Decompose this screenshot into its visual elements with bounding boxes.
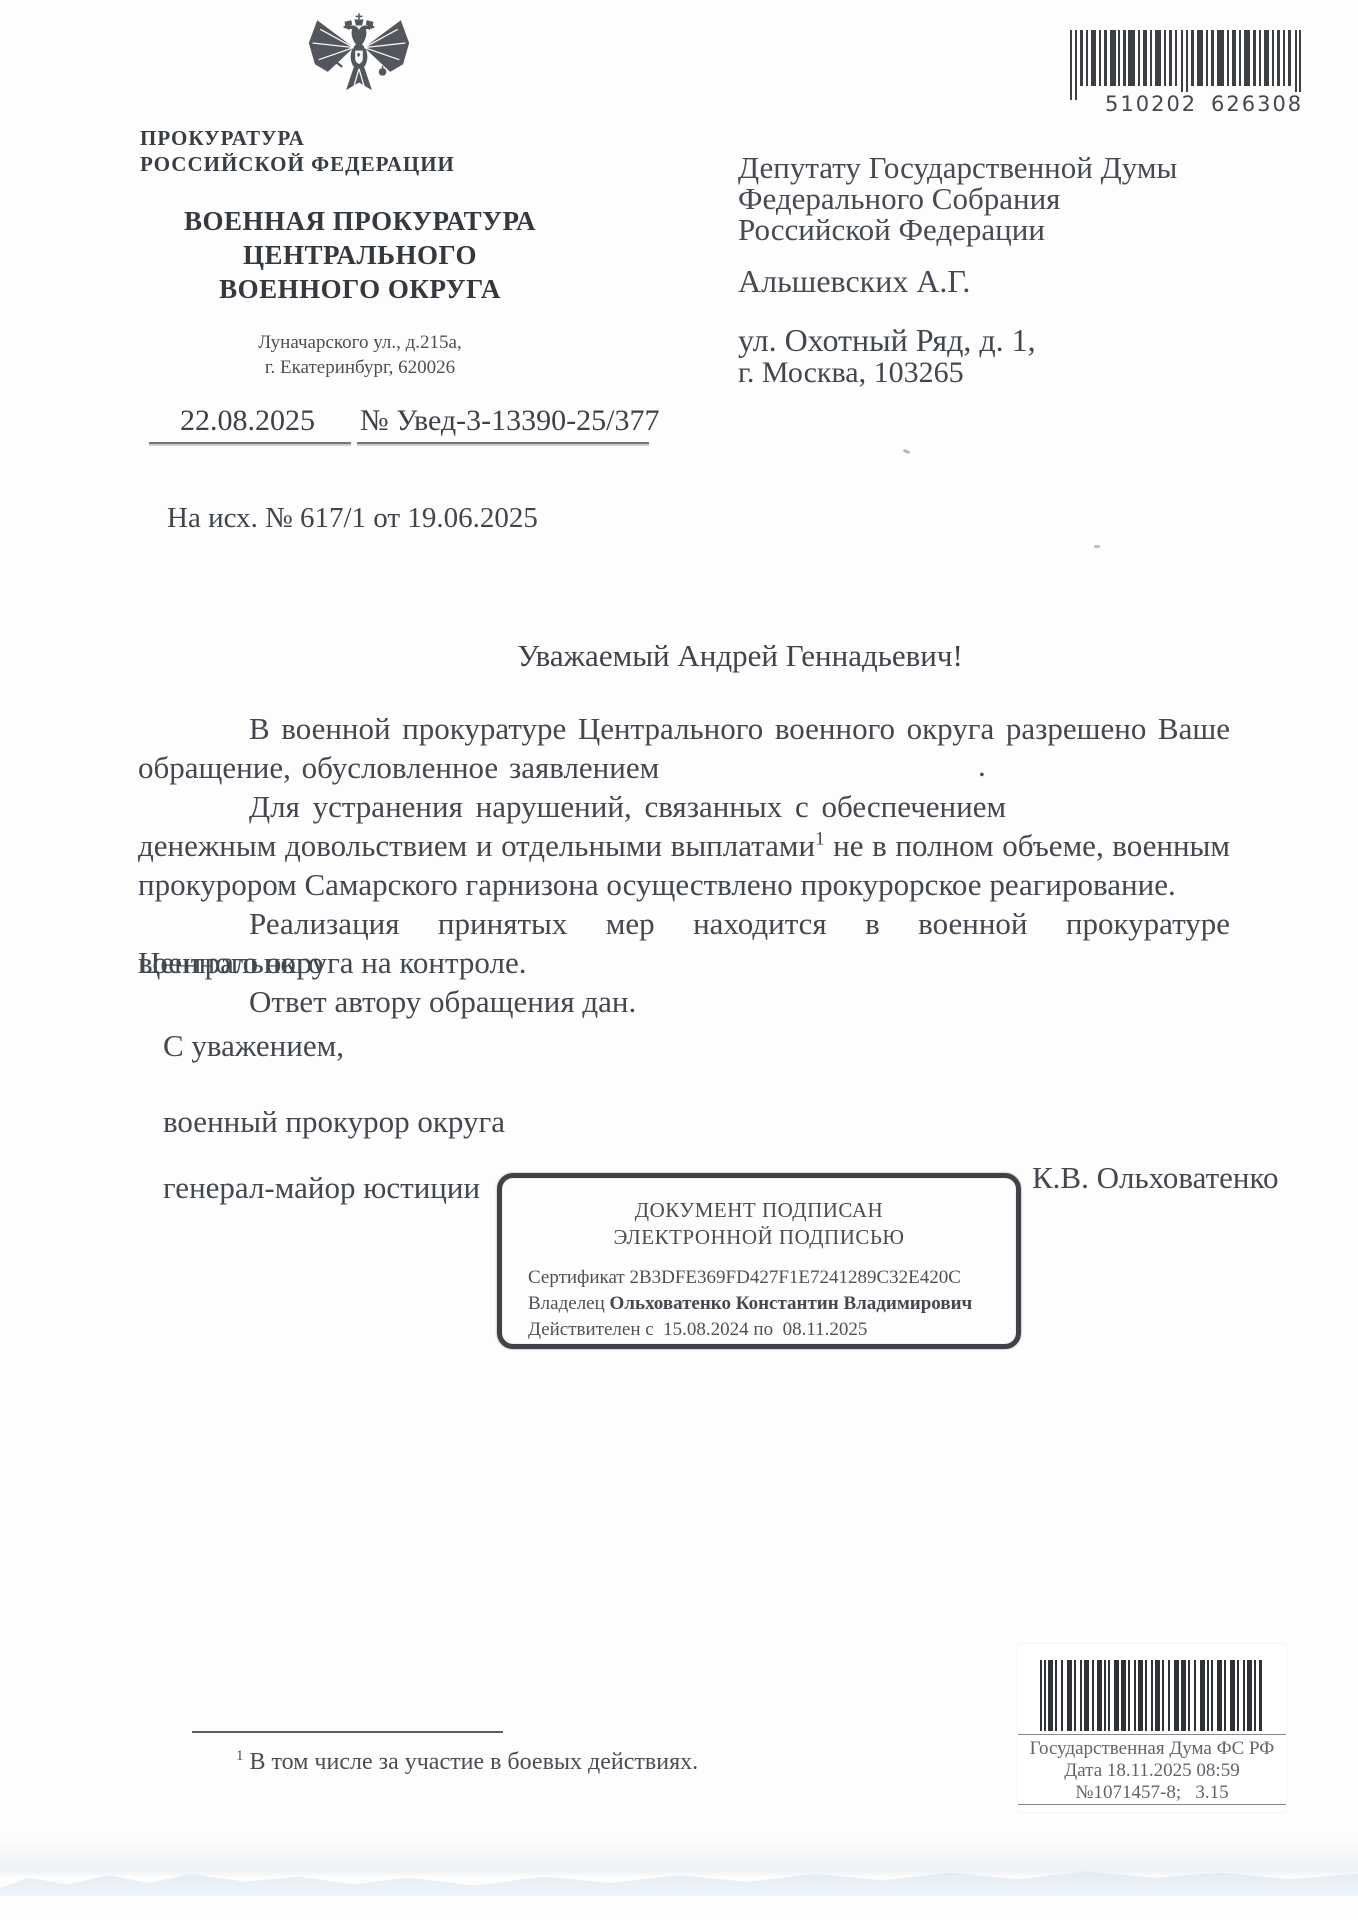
sticker-org: Государственная Дума ФС РФ <box>1018 1738 1286 1760</box>
footnote-rule <box>192 1731 503 1733</box>
recipient-line2: Федерального Собрания <box>738 183 1258 214</box>
date-underline <box>149 442 351 444</box>
sticker-number: №1071457-8; 3.15 <box>1018 1782 1286 1804</box>
recipient-line3: Российской Федерации <box>738 214 1258 245</box>
signer-position-line1: военный прокурор округа <box>163 1104 505 1140</box>
footnote-body: В том числе за участие в боевых действия… <box>244 1749 699 1775</box>
body-line: денежным довольствием и отдельными выпла… <box>138 826 1230 865</box>
letter-number: № Увед-3-13390-25/377 <box>360 404 659 438</box>
sticker-date: Дата 18.11.2025 08:59 <box>1018 1760 1286 1782</box>
electronic-signature-stamp: ДОКУМЕНТ ПОДПИСАН ЭЛЕКТРОННОЙ ПОДПИСЬЮ С… <box>497 1173 1021 1349</box>
reference-line: На исх. № 617/1 от 19.06.2025 <box>167 502 538 535</box>
duma-registration-sticker: Государственная Дума ФС РФ Дата 18.11.20… <box>1018 1644 1286 1812</box>
recipient-block: Депутату Государственной Думы Федерально… <box>738 152 1258 245</box>
scan-speck <box>1094 545 1100 548</box>
redacted-sentence-period: . <box>978 748 986 784</box>
letter-body: В военной прокуратуре Центрального военн… <box>138 709 1230 1021</box>
unit-name-line3: ВОЕННОГО ОКРУГА <box>140 272 580 306</box>
body-line: Ответ автору обращения дан. <box>138 982 1230 1021</box>
scanned-letter-page: ПРОКУРАТУРА РОССИЙСКОЙ ФЕДЕРАЦИИ ВОЕННАЯ… <box>0 0 1358 1920</box>
unit-name-line2: ЦЕНТРАЛЬНОГО <box>140 238 580 272</box>
number-underline <box>357 442 649 444</box>
sender-address: Луначарского ул., д.215а, г. Екатеринбур… <box>140 330 580 380</box>
footnote-marker: 1 <box>815 829 825 850</box>
recipient-line1: Депутату Государственной Думы <box>738 152 1258 183</box>
recipient-name: Альшевских А.Г. <box>738 263 970 300</box>
recipient-address-line1: ул. Охотный Ряд, д. 1, <box>738 322 1036 359</box>
stamp-title-line2: ЭЛЕКТРОННОЙ ПОДПИСЬЮ <box>502 1224 1016 1251</box>
org-name-line2: РОССИЙСКОЙ ФЕДЕРАЦИИ <box>140 152 580 177</box>
stamp-title: ДОКУМЕНТ ПОДПИСАН ЭЛЕКТРОННОЙ ПОДПИСЬЮ <box>502 1197 1016 1251</box>
sender-address-line1: Луначарского ул., д.215а, <box>140 330 580 355</box>
letter-date: 22.08.2025 <box>180 404 315 438</box>
stamp-certificate: Сертификат 2B3DFE369FD427F1E7241289C32E4… <box>528 1265 1016 1291</box>
footnote-number: 1 <box>236 1748 244 1764</box>
body-line-text: не в полном объеме, военным <box>825 828 1230 863</box>
sticker-divider-bottom <box>1018 1804 1286 1805</box>
unit-name-line1: ВОЕННАЯ ПРОКУРАТУРА <box>140 204 580 238</box>
stamp-details: Сертификат 2B3DFE369FD427F1E7241289C32E4… <box>528 1265 1016 1343</box>
footnote-text: 1 В том числе за участие в боевых действ… <box>236 1748 698 1776</box>
coat-of-arms-eagle-icon <box>302 12 416 112</box>
signer-name: К.В. Ольховатенко <box>1032 1160 1279 1196</box>
sticker-divider-top <box>1018 1734 1286 1735</box>
registration-barcode: 510202 626308 <box>1070 30 1302 120</box>
sender-address-line2: г. Екатеринбург, 620026 <box>140 355 580 380</box>
recipient-address-line2: г. Москва, 103265 <box>738 356 964 390</box>
scan-artifact-band-soft <box>0 1838 1358 1876</box>
salutation: Уважаемый Андрей Геннадьевич! <box>500 638 980 674</box>
body-line: прокурором Самарского гарнизона осуществ… <box>138 865 1230 904</box>
barcode-icon <box>1040 1660 1264 1731</box>
barcode-digits-left: 510202 <box>1102 92 1200 116</box>
stamp-title-line1: ДОКУМЕНТ ПОДПИСАН <box>502 1197 1016 1224</box>
body-line: обращение, обусловленное заявлением <box>138 748 1230 787</box>
body-line: военного округа на контроле. <box>138 943 1230 982</box>
sticker-text: Государственная Дума ФС РФ Дата 18.11.20… <box>1018 1738 1286 1804</box>
barcode-digits-right: 626308 <box>1208 92 1306 116</box>
signer-position-line2: генерал-майор юстиции <box>163 1170 480 1206</box>
scan-speck <box>903 449 911 455</box>
body-line-text: денежным довольствием и отдельными выпла… <box>138 828 815 863</box>
body-line: Реализация принятых мер находится в воен… <box>138 904 1230 943</box>
org-name-line1: ПРОКУРАТУРА <box>140 126 580 151</box>
stamp-owner-name: Ольховатенко Константин Владимирович <box>610 1293 973 1314</box>
stamp-owner: Владелец Ольховатенко Константин Владими… <box>528 1291 1016 1317</box>
body-line: В военной прокуратуре Центрального военн… <box>138 709 1230 748</box>
stamp-validity: Действителен с 15.08.2024 по 08.11.2025 <box>528 1317 1016 1343</box>
body-line: Для устранения нарушений, связанных с об… <box>138 787 1230 826</box>
stamp-owner-label: Владелец <box>528 1293 610 1314</box>
closing-phrase: С уважением, <box>163 1028 344 1064</box>
unit-name: ВОЕННАЯ ПРОКУРАТУРА ЦЕНТРАЛЬНОГО ВОЕННОГ… <box>140 204 580 306</box>
body-line-text: обращение, обусловленное заявлением <box>138 750 659 785</box>
